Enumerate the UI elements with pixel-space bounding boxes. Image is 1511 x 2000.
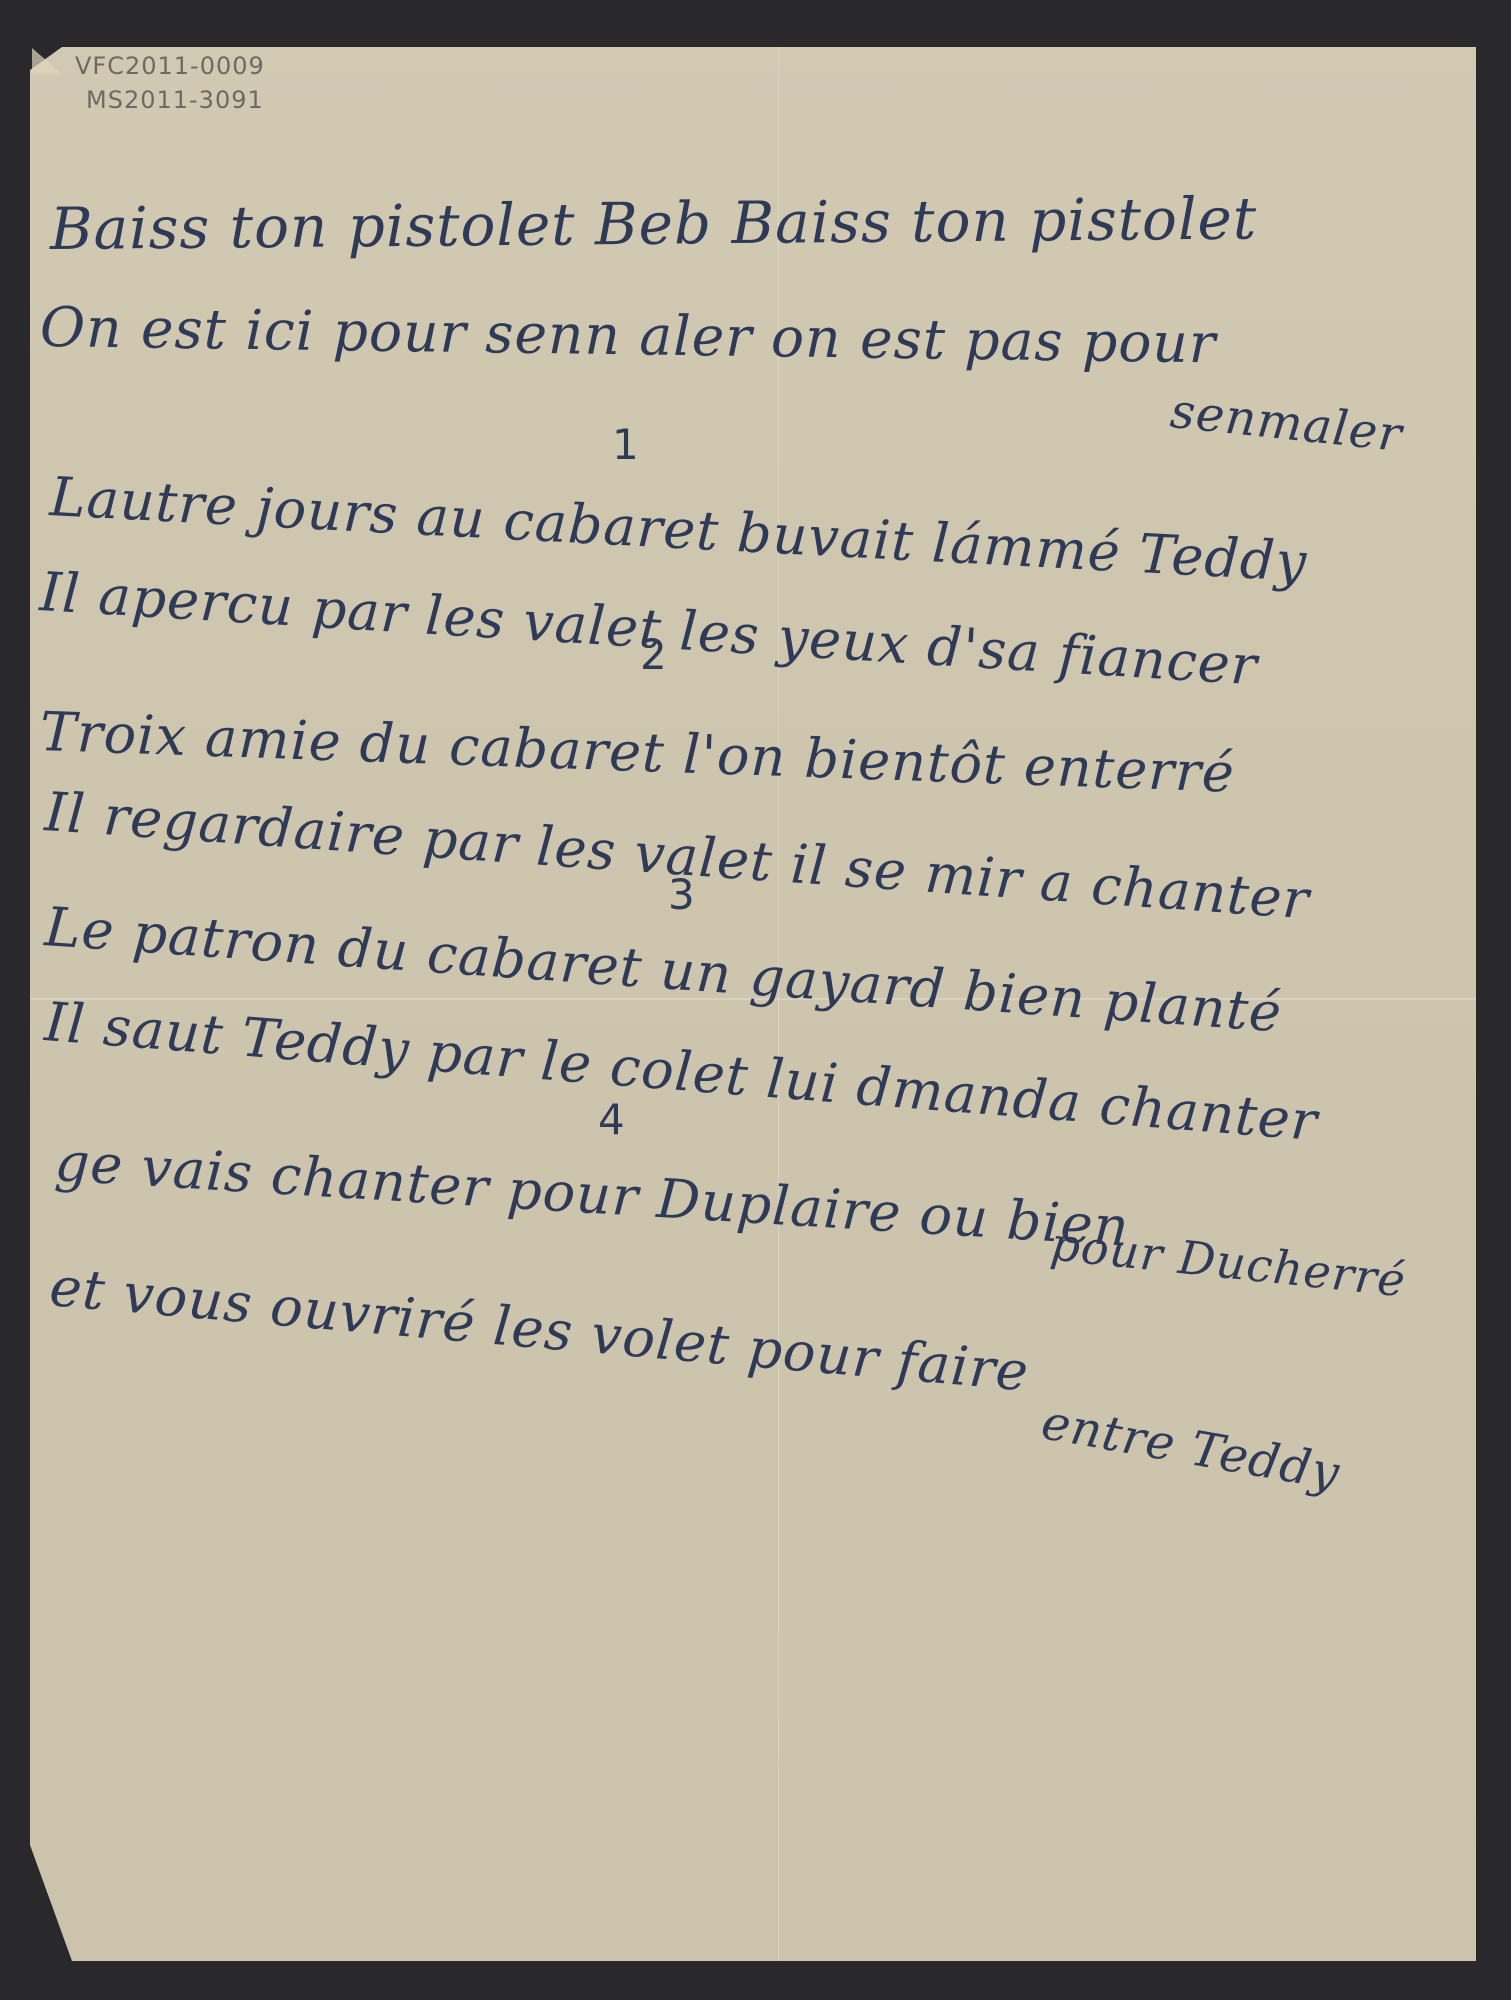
manuscript-id: MS2011-3091 (86, 86, 264, 114)
refrain-line-1: Baiss ton pistolet Beb Baiss ton pistole… (50, 184, 1258, 263)
verse-number-2: 2 (640, 630, 667, 679)
verse-number-3: 3 (668, 870, 695, 919)
folded-corner (32, 48, 62, 74)
collection-id: VFC2011-0009 (75, 52, 265, 80)
verse-number-1: 1 (612, 420, 639, 469)
verse-number-4: 4 (598, 1095, 625, 1144)
